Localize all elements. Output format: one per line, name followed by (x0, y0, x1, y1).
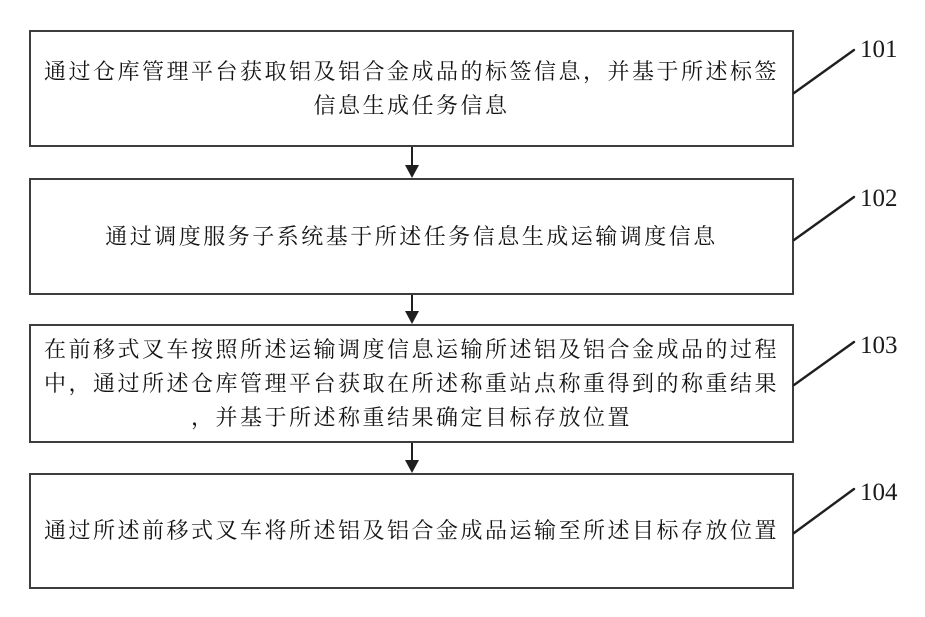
down-arrow-head-icon-3 (405, 460, 419, 473)
step-box-103: 在前移式叉车按照所述运输调度信息运输所述铝及铝合金成品的过程中，通过所述仓库管理… (29, 324, 794, 443)
down-arrow-line-3 (411, 443, 413, 461)
leader-line-101 (794, 50, 854, 93)
step-box-104: 通过所述前移式叉车将所述铝及铝合金成品运输至所述目标存放位置 (29, 473, 794, 589)
step-box-101: 通过仓库管理平台获取铝及铝合金成品的标签信息，并基于所述标签信息生成任务信息 (29, 30, 794, 147)
down-arrow-head-icon-2 (405, 311, 419, 324)
step-box-102: 通过调度服务子系统基于所述任务信息生成运输调度信息 (29, 178, 794, 295)
down-arrow-head-icon-1 (405, 165, 419, 178)
flowchart-canvas: 通过仓库管理平台获取铝及铝合金成品的标签信息，并基于所述标签信息生成任务信息 通… (0, 0, 925, 617)
ref-label-102: 102 (860, 186, 920, 212)
leader-line-103 (794, 342, 854, 385)
step-text-104: 通过所述前移式叉车将所述铝及铝合金成品运输至所述目标存放位置 (44, 514, 779, 548)
ref-label-103: 103 (860, 333, 920, 359)
down-arrow-line-1 (411, 147, 413, 166)
leader-line-104 (794, 489, 854, 533)
ref-label-104: 104 (860, 480, 920, 506)
step-text-102: 通过调度服务子系统基于所述任务信息生成运输调度信息 (105, 220, 718, 254)
step-text-103: 在前移式叉车按照所述运输调度信息运输所述铝及铝合金成品的过程中，通过所述仓库管理… (42, 333, 781, 435)
step-text-101: 通过仓库管理平台获取铝及铝合金成品的标签信息，并基于所述标签信息生成任务信息 (42, 55, 781, 123)
leader-line-102 (794, 197, 854, 240)
down-arrow-line-2 (411, 295, 413, 312)
ref-label-101: 101 (860, 37, 920, 63)
